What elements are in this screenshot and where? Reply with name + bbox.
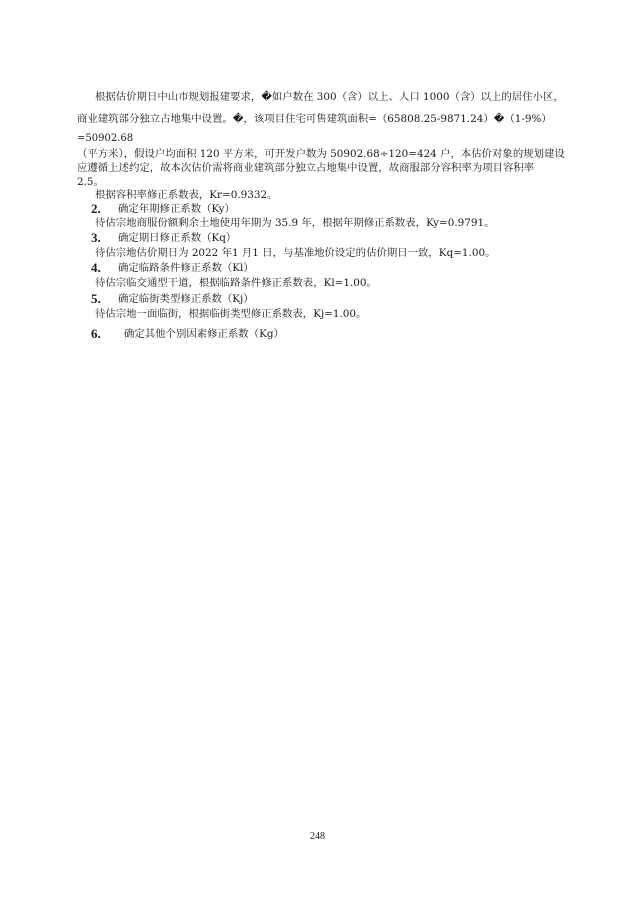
- page-number: 248: [0, 831, 635, 842]
- paragraph-kr: 根据容积率修正系数表，Kr=0.9332。: [95, 189, 277, 202]
- section-title: 确定期日修正系数（Kq）: [118, 232, 236, 245]
- paragraph-line: =50902.68: [77, 132, 133, 145]
- section-body: 待估宗地一面临街，根据临街类型修正系数表，Kj=1.00。: [95, 308, 366, 321]
- paragraph-line: 2.5。: [77, 176, 104, 189]
- paragraph-line: （平方米），假设户均面积 120 平方米，可开发户数为 50902.68÷120…: [77, 148, 565, 161]
- section-title: 确定年期修正系数（Ky）: [118, 203, 235, 216]
- section-body: 待估宗地估价期日为 2022 年1 月1 日，与基准地价设定的估价期日一致，Kq…: [95, 247, 495, 260]
- section-title: 确定临路条件修正系数（Kl）: [118, 262, 254, 275]
- section-title: 确定其他个别因素修正系数（Kg）: [124, 328, 284, 341]
- paragraph-line: 根据估价期日中山市规划报建要求，�如户数在 300（含）以上、人口 1000（含…: [95, 91, 564, 104]
- paragraph-line: 应遵循上述约定，故本次估价需将商业建筑部分独立占地集中设置，故商服部分容积率为项…: [77, 162, 534, 175]
- section-number: 2.: [91, 202, 101, 216]
- section-body: 待估宗地商服份额剩余土地使用年期为 35.9 年，根据年期修正系数表，Ky=0.…: [95, 217, 495, 230]
- section-number: 3.: [91, 231, 101, 245]
- section-body: 待估宗临交通型干道，根据临路条件修正系数表，Kl=1.00。: [95, 277, 377, 290]
- paragraph-line: 商业建筑部分独立占地集中设置。�，该项目住宅可售建筑面积=（65808.25-9…: [77, 113, 552, 126]
- section-title: 确定临街类型修正系数（Kj）: [118, 293, 254, 306]
- section-number: 5.: [91, 292, 101, 306]
- section-number: 4.: [91, 261, 101, 275]
- section-number: 6.: [91, 327, 101, 341]
